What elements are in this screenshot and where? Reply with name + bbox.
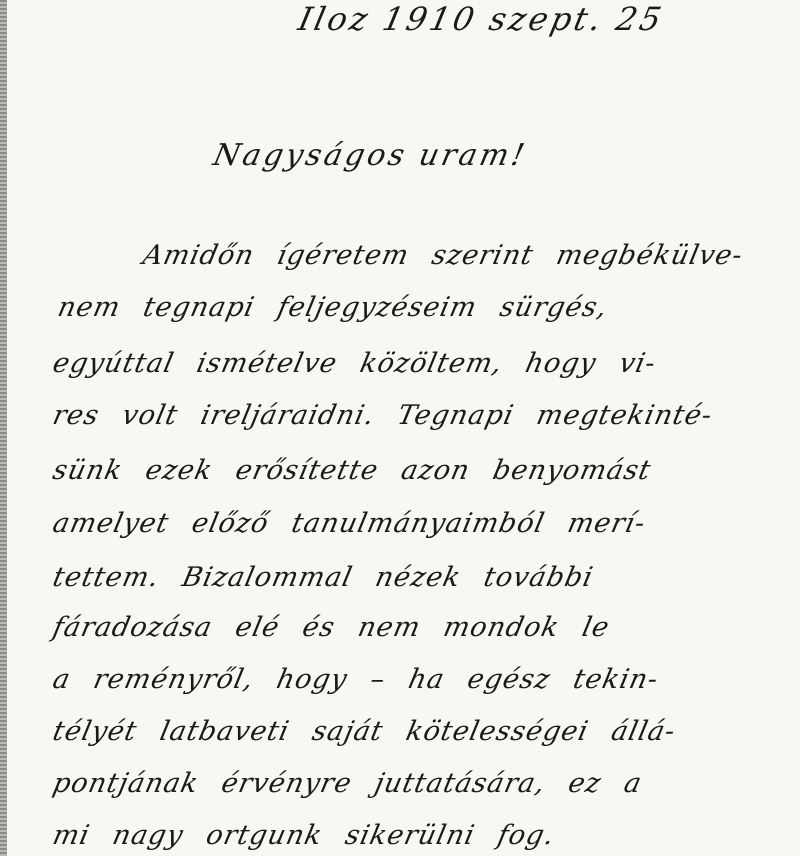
letter-line: egyúttal ismételve közöltem, hogy vi- xyxy=(50,348,659,379)
letter-line: Amidőn ígéretem szerint megbékülve- xyxy=(140,240,746,271)
letter-line: tettem. Bizalommal nézek további xyxy=(50,562,596,593)
letter-salutation: Nagyságos uram! xyxy=(210,138,530,173)
scan-edge xyxy=(0,0,7,856)
letter-line: a reményről, hogy – ha egész tekin- xyxy=(50,664,662,695)
letter-line: fáradozása elé és nem mondok le xyxy=(50,612,613,643)
letter-line: nem tegnapi feljegyzéseim sürgés, xyxy=(55,292,610,323)
letter-line: sünk ezek erősítette azon benyomást xyxy=(50,455,654,486)
letter-line: mi nagy ortgunk sikerülni fog. xyxy=(50,820,558,851)
letter-line: télyét latbaveti saját kötelességei állá… xyxy=(50,716,679,747)
letter-date: Iloz 1910 szept. 25 xyxy=(295,0,667,38)
letter-line: pontjának érvényre juttatására, ez a xyxy=(50,768,645,799)
letter-line: res volt ireljáraidni. Tegnapi megtekint… xyxy=(50,400,715,431)
letter-line: amelyet előző tanulmányaimból merí- xyxy=(50,508,649,539)
